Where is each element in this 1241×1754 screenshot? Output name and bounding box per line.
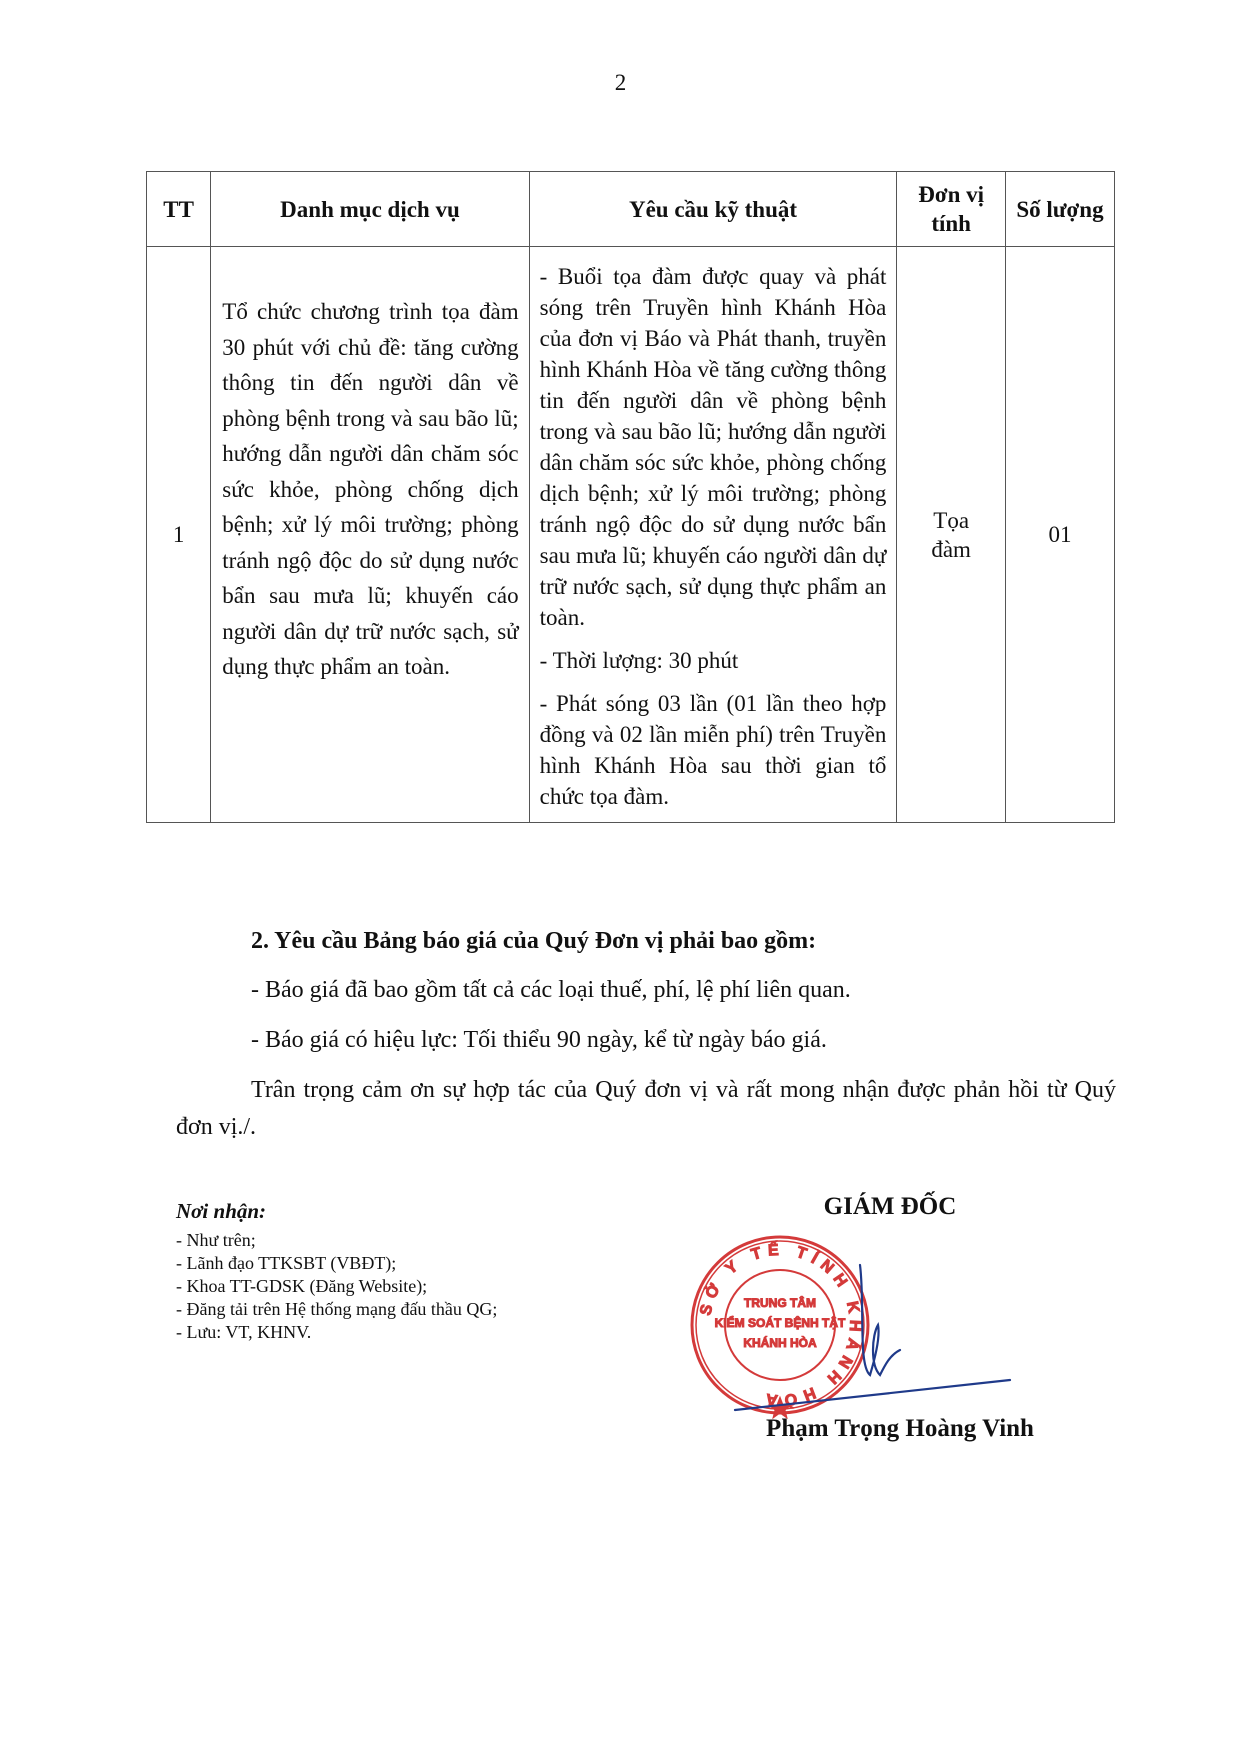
header-requirements: Yêu cầu kỹ thuật xyxy=(529,172,897,247)
recipient-item: - Như trên; xyxy=(176,1229,497,1252)
services-table: TT Danh mục dịch vụ Yêu cầu kỹ thuật Đơn… xyxy=(146,171,1115,823)
recipients-block: Nơi nhận: - Như trên; - Lãnh đạo TTKSBT … xyxy=(176,1200,497,1344)
page-number: 2 xyxy=(0,70,1241,96)
recipient-item: - Lãnh đạo TTKSBT (VBĐT); xyxy=(176,1252,497,1275)
svg-text:TRUNG TÂM: TRUNG TÂM xyxy=(744,1295,816,1310)
cell-unit: Tọa đàm xyxy=(897,247,1006,823)
cell-service-name: Tổ chức chương trình tọa đàm 30 phút với… xyxy=(211,247,529,823)
svg-text:KHÁNH HÒA: KHÁNH HÒA xyxy=(743,1335,817,1350)
official-stamp-icon: SỞ Y TẾ TỈNH KHÁNH HÒA TRUNG TÂM KIỂM SO… xyxy=(680,1225,1020,1425)
header-service-name: Danh mục dịch vụ xyxy=(211,172,529,247)
closing-paragraph: Trân trọng cảm ơn sự hợp tác của Quý đơn… xyxy=(176,1072,1116,1146)
recipients-title: Nơi nhận: xyxy=(176,1200,497,1223)
signer-name: Phạm Trọng Hoàng Vinh xyxy=(700,1415,1100,1443)
recipient-item: - Lưu: VT, KHNV. xyxy=(176,1321,497,1344)
header-quantity: Số lượng xyxy=(1005,172,1114,247)
requirement-item: - Thời lượng: 30 phút xyxy=(540,645,887,676)
section-2-heading: 2. Yêu cầu Bảng báo giá của Quý Đơn vị p… xyxy=(251,924,1191,958)
table-row: 1 Tổ chức chương trình tọa đàm 30 phút v… xyxy=(147,247,1115,823)
header-tt: TT xyxy=(147,172,211,247)
cell-quantity: 01 xyxy=(1005,247,1114,823)
recipient-item: - Đăng tải trên Hệ thống mạng đấu thầu Q… xyxy=(176,1298,497,1321)
requirement-item: - Buổi tọa đàm được quay và phát sóng tr… xyxy=(540,261,887,633)
section-2-item: - Báo giá đã bao gồm tất cả các loại thu… xyxy=(251,973,1191,1007)
requirement-item: - Phát sóng 03 lần (01 lần theo hợp đồng… xyxy=(540,688,887,812)
header-unit: Đơn vị tính xyxy=(897,172,1006,247)
unit-value: Tọa đàm xyxy=(916,506,986,564)
cell-tt: 1 xyxy=(147,247,211,823)
section-2-item: - Báo giá có hiệu lực: Tối thiểu 90 ngày… xyxy=(251,1023,1191,1057)
table-header-row: TT Danh mục dịch vụ Yêu cầu kỹ thuật Đơn… xyxy=(147,172,1115,247)
cell-requirements: - Buổi tọa đàm được quay và phát sóng tr… xyxy=(529,247,897,823)
svg-text:KIỂM SOÁT BỆNH TẬT: KIỂM SOÁT BỆNH TẬT xyxy=(715,1315,846,1330)
recipient-item: - Khoa TT-GDSK (Đăng Website); xyxy=(176,1275,497,1298)
signer-title: GIÁM ĐỐC xyxy=(780,1193,1000,1221)
